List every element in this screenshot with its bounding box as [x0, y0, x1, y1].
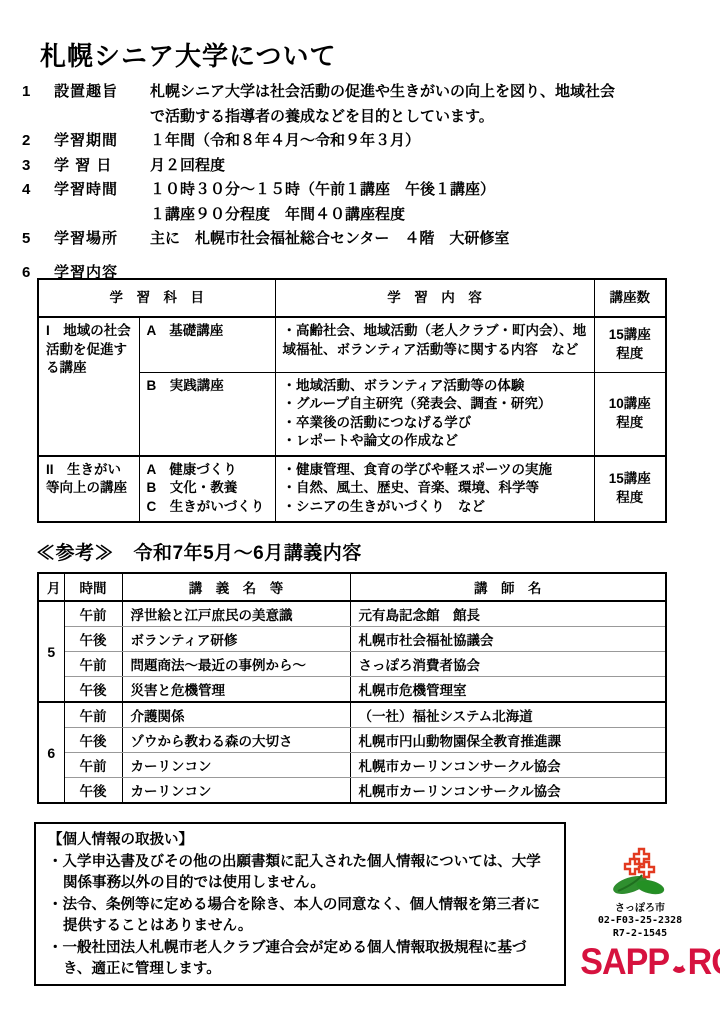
- item-label: 学習期間: [54, 129, 150, 154]
- approval-code-1: 02-F03-25-2328: [575, 914, 705, 927]
- privacy-box: 【個人情報の取扱い】 ・入学申込書及びその他の出願書類に記入された個人情報につい…: [34, 822, 566, 986]
- privacy-title: 【個人情報の取扱い】: [48, 830, 554, 852]
- table-row: 午後 ボランティア研修 札幌市社会福祉協議会: [38, 627, 666, 652]
- item-content: 主に 札幌市社会福祉総合センター ４階 大研修室: [150, 227, 692, 252]
- header-month: 月: [38, 573, 64, 601]
- document-page: 札幌シニア大学について 1 設置趣旨 札幌シニア大学は社会活動の促進や生きがいの…: [0, 0, 720, 1024]
- time-cell: 午前: [64, 753, 122, 778]
- logo-text-left: SAPP: [580, 941, 669, 982]
- time-cell: 午前: [64, 652, 122, 677]
- logo-text-right: RO: [688, 941, 720, 982]
- privacy-item: ・法令、条例等に定める場合を除き、本人の同意なく、個人情報を第三者に提供すること…: [48, 895, 554, 938]
- content-cell: ・健康管理、食育の学びや軽スポーツの実施 ・自然、風土、歴史、音楽、環境、科学等…: [275, 456, 594, 522]
- table-row: 午後 ゾウから教わる森の大切さ 札幌市円山動物園保全教育推進課: [38, 728, 666, 753]
- table-row: 午前 カーリンコン 札幌市カーリンコンサークル協会: [38, 753, 666, 778]
- item-content: １０時３０分～１５時（午前１講座 午後１講座） １講座９０分程度 年間４０講座程…: [150, 178, 692, 227]
- time-cell: 午後: [64, 677, 122, 703]
- lecture-cell: ゾウから教わる森の大切さ: [122, 728, 350, 753]
- lecturer-cell: 元有島記念館 館長: [350, 601, 666, 627]
- info-item-period: 2 学習期間 １年間（令和８年４月～令和９年３月）: [22, 129, 692, 154]
- item-label: 設置趣旨: [54, 80, 150, 105]
- month-cell: 6: [38, 702, 64, 803]
- city-emblem: さっぽろ市 02-F03-25-2328 R7-2-1545 SAPPRO: [575, 845, 705, 980]
- subject-cell: B 実践講座: [139, 372, 275, 456]
- lecturer-cell: 札幌市危機管理室: [350, 677, 666, 703]
- item-label: 学習時間: [54, 178, 150, 203]
- content-cell: ・高齢社会、地域活動（老人クラブ・町内会）、地域福祉、ボランティア活動等に関する…: [275, 317, 594, 372]
- content-cell: ・地域活動、ボランティア活動等の体験 ・グループ自主研究（発表会、調査・研究） …: [275, 372, 594, 456]
- lilac-flower-icon: [575, 845, 705, 897]
- count-cell: 15講座 程度: [594, 456, 666, 522]
- privacy-item: ・一般社団法人札幌市老人クラブ連合会が定める個人情報取扱規程に基づき、適正に管理…: [48, 938, 554, 981]
- smile-icon: [670, 960, 687, 973]
- lecturer-cell: さっぽろ消費者協会: [350, 652, 666, 677]
- category-cell: II 生きがい等向上の講座: [38, 456, 139, 522]
- lecture-cell: カーリンコン: [122, 753, 350, 778]
- header-subject: 学 習 科 目: [38, 279, 275, 317]
- time-cell: 午後: [64, 728, 122, 753]
- table-row: 6 午前 介護関係 （一社）福祉システム北海道: [38, 702, 666, 728]
- lecture-cell: 介護関係: [122, 702, 350, 728]
- item-label: 学習場所: [54, 227, 150, 252]
- schedule-header-row: 月 時間 講 義 名 等 講 師 名: [38, 573, 666, 601]
- curriculum-table: 学 習 科 目 学 習 内 容 講座数 I 地域の社会活動を促進する講座 A 基…: [37, 278, 667, 523]
- lecture-cell: 問題商法～最近の事例から～: [122, 652, 350, 677]
- privacy-item: ・入学申込書及びその他の出願書類に記入された個人情報については、大学関係事務以外…: [48, 852, 554, 895]
- table-row: 5 午前 浮世絵と江戸庶民の美意識 元有島記念館 館長: [38, 601, 666, 627]
- lecturer-cell: 札幌市円山動物園保全教育推進課: [350, 728, 666, 753]
- header-content: 学 習 内 容: [275, 279, 594, 317]
- info-item-place: 5 学習場所 主に 札幌市社会福祉総合センター ４階 大研修室: [22, 227, 692, 252]
- sapporo-smile-logo: SAPPRO: [580, 944, 700, 980]
- schedule-table: 月 時間 講 義 名 等 講 師 名 5 午前 浮世絵と江戸庶民の美意識 元有島…: [37, 572, 667, 804]
- approval-code-2: R7-2-1545: [575, 927, 705, 940]
- info-item-purpose: 1 設置趣旨 札幌シニア大学は社会活動の促進や生きがいの向上を図り、地域社会 で…: [22, 80, 692, 129]
- info-list: 1 設置趣旨 札幌シニア大学は社会活動の促進や生きがいの向上を図り、地域社会 で…: [22, 80, 692, 285]
- header-lecturer: 講 師 名: [350, 573, 666, 601]
- item-number: 1: [22, 80, 54, 105]
- info-item-hours: 4 学習時間 １０時３０分～１５時（午前１講座 午後１講座） １講座９０分程度 …: [22, 178, 692, 227]
- lecture-cell: ボランティア研修: [122, 627, 350, 652]
- page-title: 札幌シニア大学について: [40, 36, 336, 73]
- time-cell: 午前: [64, 601, 122, 627]
- item-number: 2: [22, 129, 54, 154]
- lecturer-cell: 札幌市カーリンコンサークル協会: [350, 778, 666, 804]
- item-content: 月２回程度: [150, 154, 692, 179]
- lecture-cell: カーリンコン: [122, 778, 350, 804]
- lecture-cell: 浮世絵と江戸庶民の美意識: [122, 601, 350, 627]
- curriculum-header-row: 学 習 科 目 学 習 内 容 講座数: [38, 279, 666, 317]
- table-row: II 生きがい等向上の講座 A 健康づくり B 文化・教養 C 生きがいづくり …: [38, 456, 666, 522]
- month-cell: 5: [38, 601, 64, 702]
- time-cell: 午前: [64, 702, 122, 728]
- item-number: 4: [22, 178, 54, 203]
- lecturer-cell: 札幌市社会福祉協議会: [350, 627, 666, 652]
- subject-cell: A 健康づくり B 文化・教養 C 生きがいづくり: [139, 456, 275, 522]
- item-number: 5: [22, 227, 54, 252]
- lecturer-cell: （一社）福祉システム北海道: [350, 702, 666, 728]
- table-row: 午後 カーリンコン 札幌市カーリンコンサークル協会: [38, 778, 666, 804]
- table-row: 午前 問題商法～最近の事例から～ さっぽろ消費者協会: [38, 652, 666, 677]
- subject-cell: A 基礎講座: [139, 317, 275, 372]
- table-row: 午後 災害と危機管理 札幌市危機管理室: [38, 677, 666, 703]
- item-label: 学 習 日: [54, 154, 150, 179]
- lecture-cell: 災害と危機管理: [122, 677, 350, 703]
- reference-heading: ≪参考≫ 令和7年5月～6月講義内容: [36, 538, 362, 565]
- item-content: １年間（令和８年４月～令和９年３月）: [150, 129, 692, 154]
- category-cell: I 地域の社会活動を促進する講座: [38, 317, 139, 456]
- lecturer-cell: 札幌市カーリンコンサークル協会: [350, 753, 666, 778]
- info-item-days: 3 学 習 日 月２回程度: [22, 154, 692, 179]
- header-lecture: 講 義 名 等: [122, 573, 350, 601]
- city-name-label: さっぽろ市: [575, 899, 705, 914]
- table-row: I 地域の社会活動を促進する講座 A 基礎講座 ・高齢社会、地域活動（老人クラブ…: [38, 317, 666, 372]
- count-cell: 10講座 程度: [594, 372, 666, 456]
- item-number: 3: [22, 154, 54, 179]
- header-time: 時間: [64, 573, 122, 601]
- time-cell: 午後: [64, 627, 122, 652]
- time-cell: 午後: [64, 778, 122, 804]
- item-content: 札幌シニア大学は社会活動の促進や生きがいの向上を図り、地域社会 で活動する指導者…: [150, 80, 692, 129]
- count-cell: 15講座 程度: [594, 317, 666, 372]
- header-count: 講座数: [594, 279, 666, 317]
